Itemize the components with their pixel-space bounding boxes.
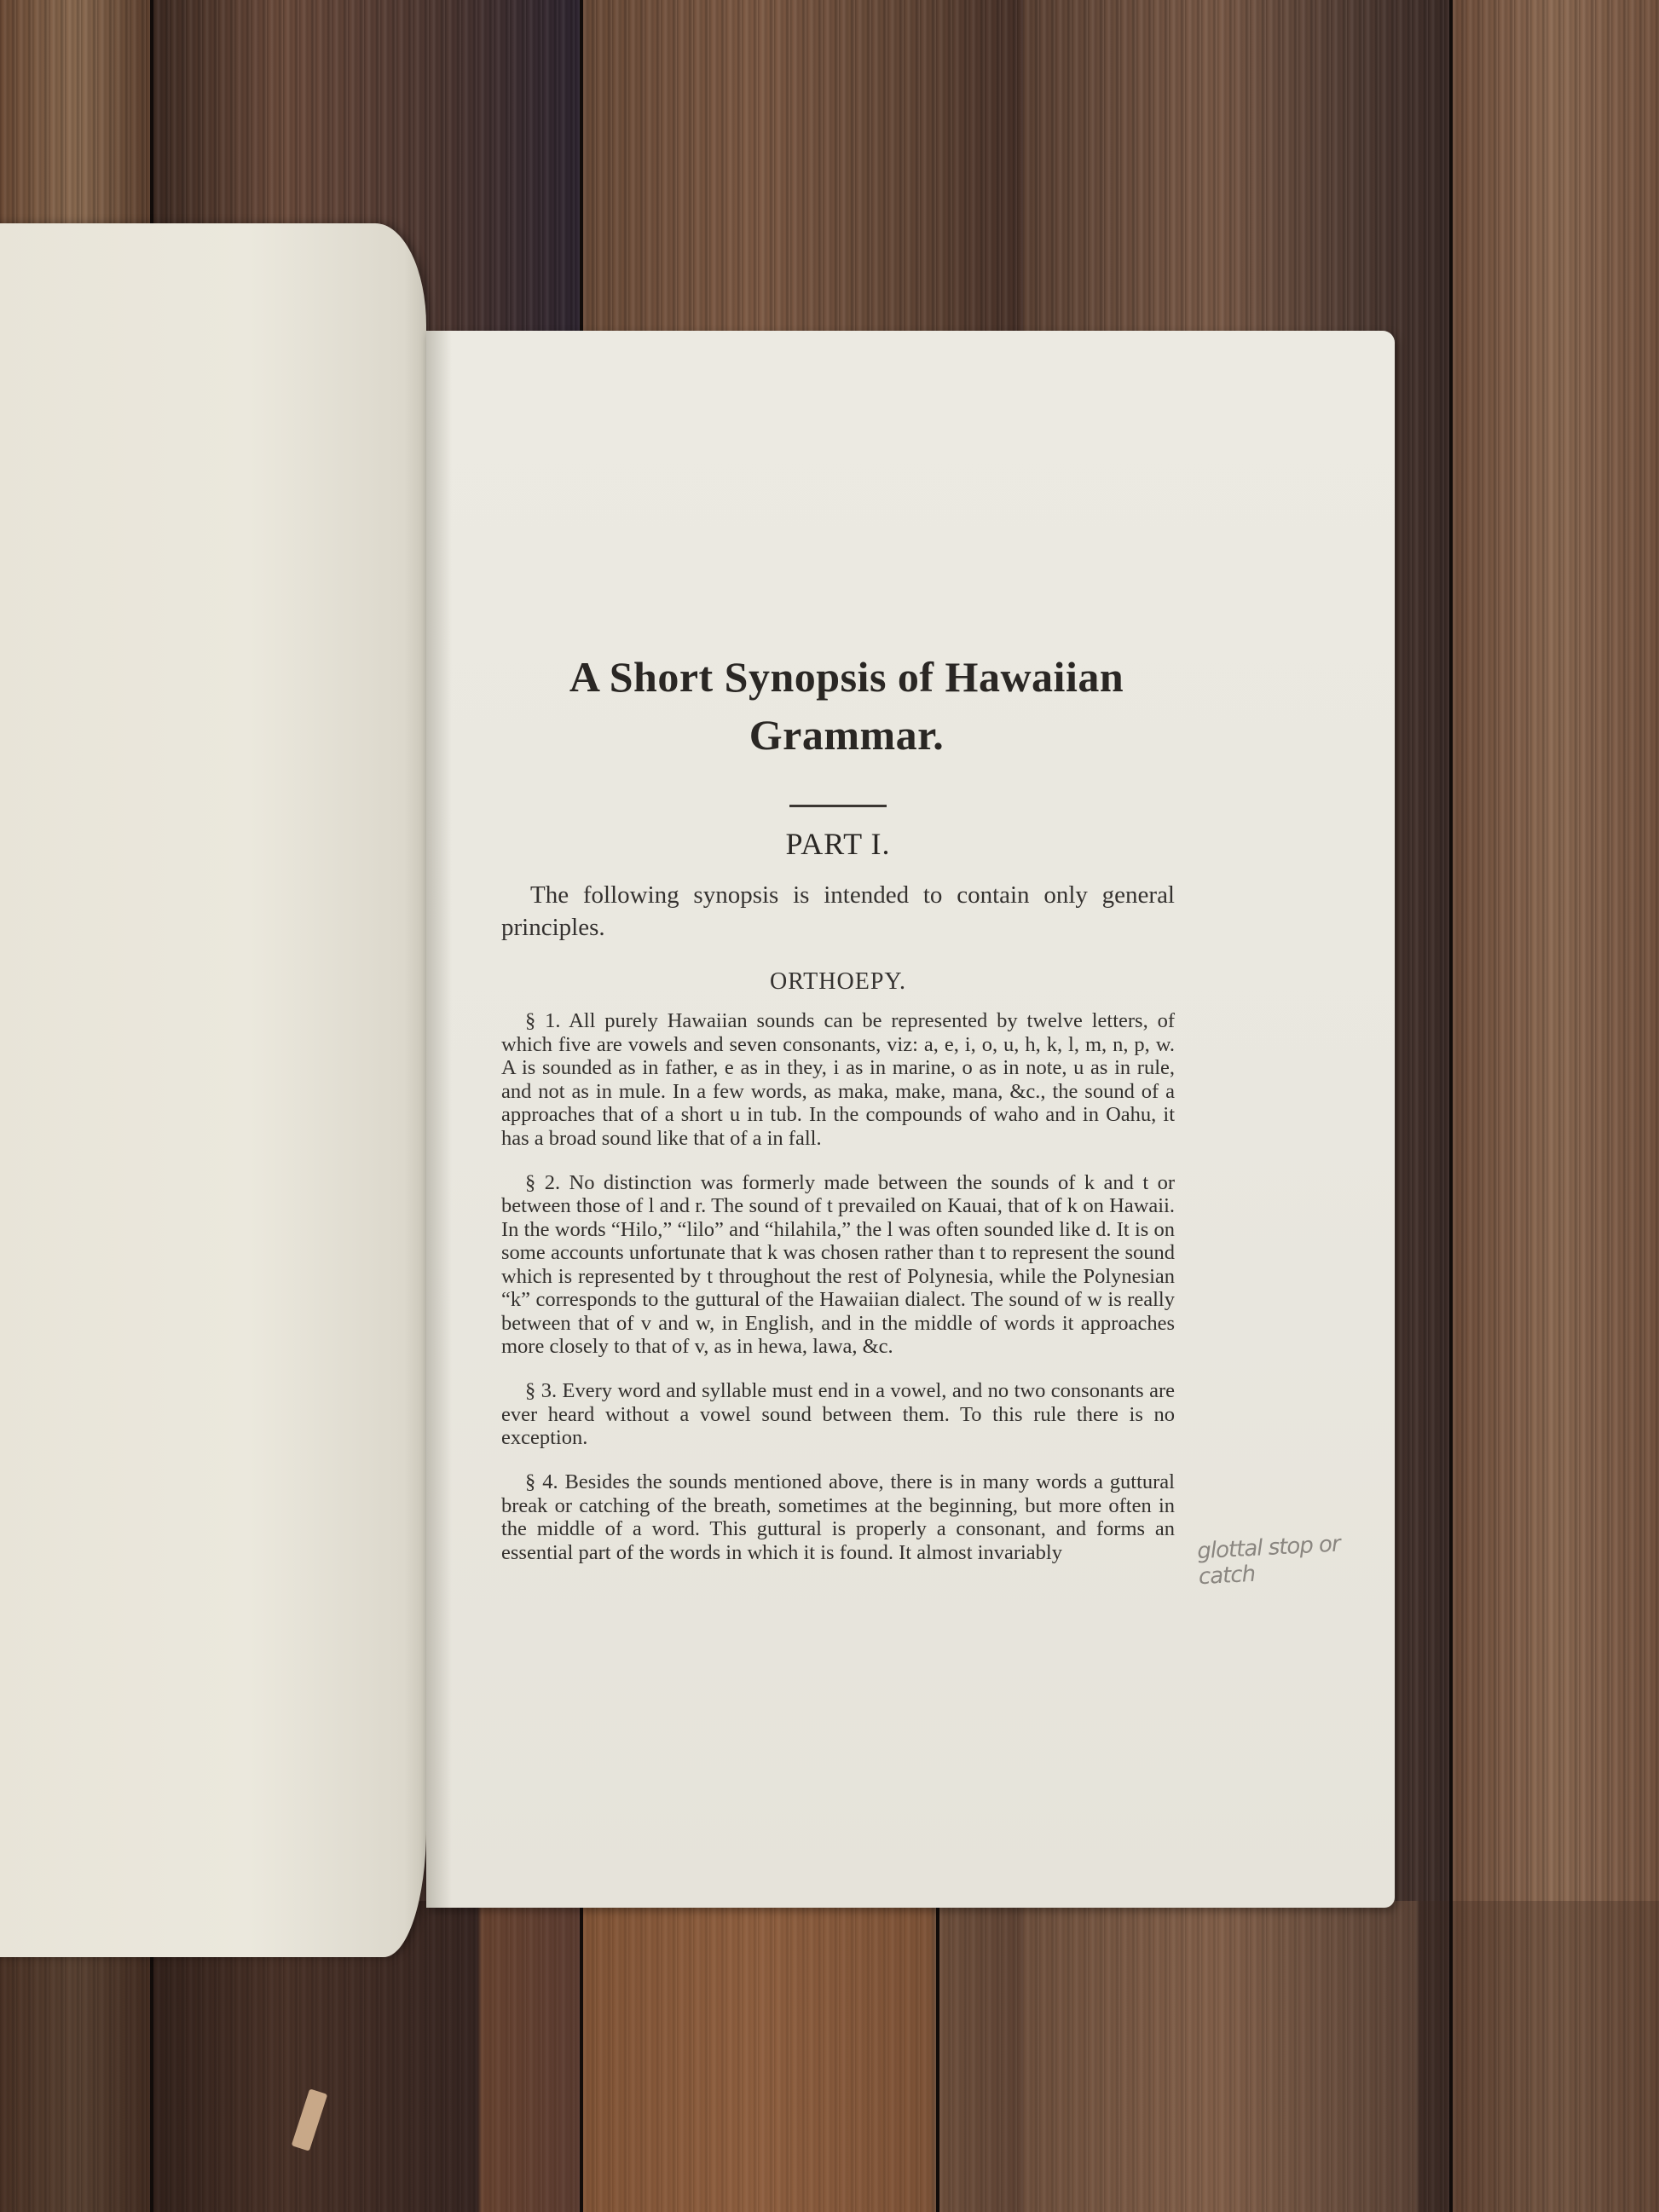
page-gutter-shadow (426, 331, 452, 1908)
section-heading: ORTHOEPY. (501, 968, 1175, 996)
paragraph-4: § 4. Besides the sounds mentioned above,… (501, 1470, 1175, 1564)
paragraph-number: § 4. (525, 1470, 558, 1493)
paragraph-number: § 1. (525, 1009, 561, 1032)
plank-seam (1449, 0, 1453, 2212)
paragraph-number: § 2. (525, 1171, 560, 1194)
intro-paragraph: The following synopsis is intended to co… (501, 879, 1175, 944)
page-title: A Short Synopsis of Hawaiian Grammar. (518, 648, 1175, 764)
paragraph-text: No distinction was formerly made between… (501, 1171, 1175, 1359)
part-heading: PART I. (501, 826, 1175, 862)
right-printed-page: A Short Synopsis of Hawaiian Grammar. PA… (426, 331, 1395, 1908)
paragraph-2: § 2. No distinction was formerly made be… (501, 1171, 1175, 1359)
paragraph-text: All purely Hawaiian sounds can be repres… (501, 1009, 1175, 1150)
page-text-block: A Short Synopsis of Hawaiian Grammar. PA… (501, 648, 1175, 1585)
paragraph-1: § 1. All purely Hawaiian sounds can be r… (501, 1009, 1175, 1150)
title-rule (789, 805, 887, 807)
paragraph-number: § 3. (525, 1379, 557, 1402)
wood-plank (1449, 0, 1659, 2212)
left-blank-page (0, 223, 426, 1957)
paragraph-text: Besides the sounds mentioned above, ther… (501, 1470, 1175, 1564)
plank-seam (936, 1901, 939, 2212)
pencil-margin-note: glottal stop or catch (1197, 1530, 1370, 1590)
paragraph-3: § 3. Every word and syllable must end in… (501, 1379, 1175, 1450)
paragraph-text: Every word and syllable must end in a vo… (501, 1379, 1175, 1449)
